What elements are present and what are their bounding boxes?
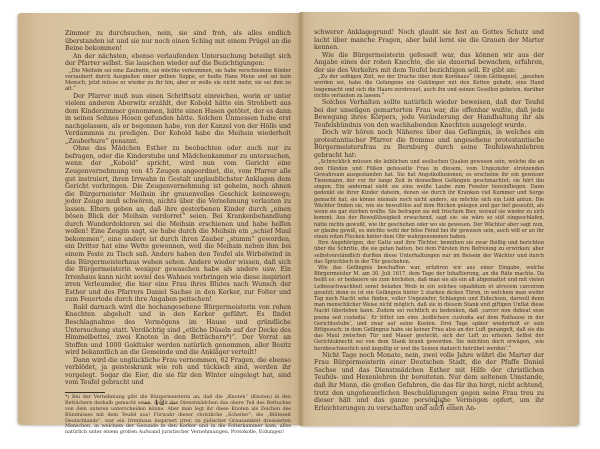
page-number: — 12 — (18, 399, 302, 407)
quote-paragraph: „Schrecklich müssen die leiblichen und s… (314, 159, 544, 240)
quote-paragraph: Ihre Angehörigen, der Gatte und ihre Töc… (314, 240, 544, 265)
quote-paragraph: „Die Meihsin sei eine Zauberin, sie möch… (65, 68, 291, 93)
right-page: schwerer Anklagegrund! Noch glaubt sie f… (300, 12, 579, 426)
paragraph: Ohne das Mädchen Esther zu beobachten od… (65, 145, 291, 303)
left-page-text: Zimmer zu durchsuchen, nein, sie sind fr… (65, 30, 291, 436)
paragraph: Zimmer zu durchsuchen, nein, sie sind fr… (65, 30, 291, 53)
book-spine-gutter (298, 12, 304, 426)
quote-paragraph: Wie das Gefängnis beschaffen war, erfahr… (314, 265, 544, 352)
paragraph: Wie die Bürgermeisterin gefesselt war, d… (314, 52, 544, 75)
quote-paragraph: „Zu der selbigen Zeit, wo der Drache übe… (314, 74, 544, 99)
paragraph: Der Pfarrer muß nun einen Schriftsatz ei… (65, 93, 291, 146)
paragraph: Solches Verhalten sollte natürlich wiede… (314, 99, 544, 129)
paragraph: An der nächsten, ebenso verlaufenden Unt… (65, 53, 291, 68)
right-page-text: schwerer Anklagegrund! Noch glaubt sie f… (314, 29, 544, 412)
footnote-divider (65, 392, 105, 393)
paragraph: Dann wird die unglückliche Frau vernomme… (65, 357, 291, 387)
page-number: — 13 — (300, 400, 579, 408)
left-page: Zimmer zu durchsuchen, nein, sie sind fr… (18, 13, 302, 425)
paragraph: Doch wir hören noch Näheres über das Gef… (314, 129, 544, 159)
paragraph: Bald darnach wird die hochangesehene Bür… (65, 304, 291, 357)
paragraph: schwerer Anklagegrund! Noch glaubt sie f… (314, 29, 544, 52)
